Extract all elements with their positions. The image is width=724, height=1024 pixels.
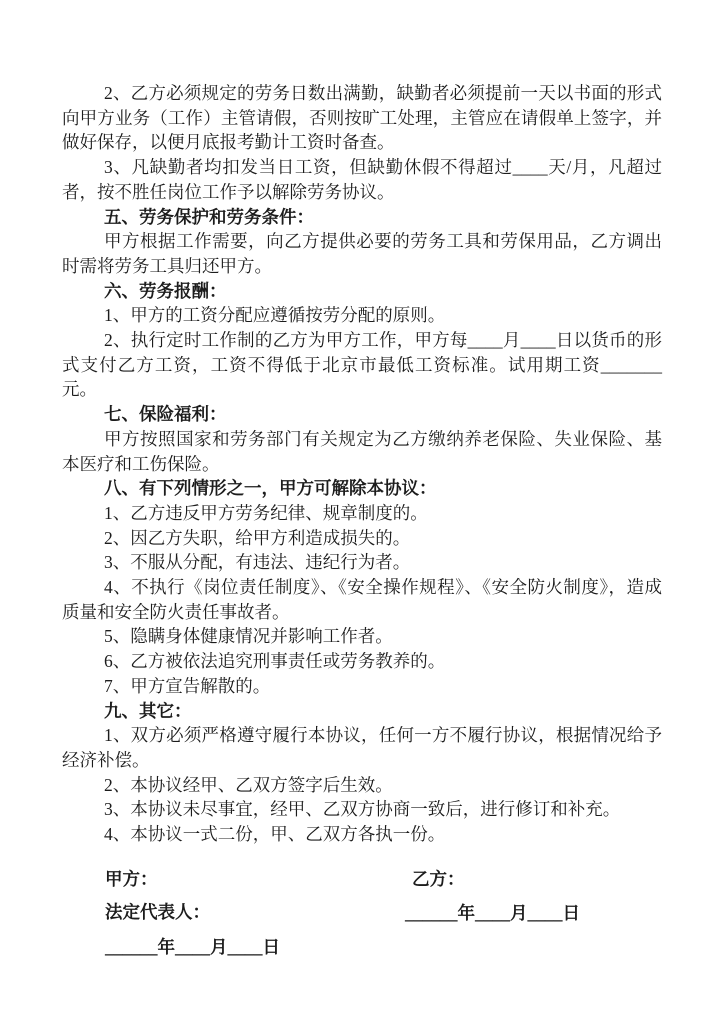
section-heading: 七、保险福利： xyxy=(62,402,662,427)
clause-paragraph: 1、双方必须严格遵守履行本协议，任何一方不履行协议，根据情况给予经济补偿。 xyxy=(62,723,662,772)
clause-paragraph: 1、甲方的工资分配应遵循按劳分配的原则。 xyxy=(62,303,662,328)
clause-paragraph: 2、因乙方失职，给甲方利造成损失的。 xyxy=(62,526,662,551)
clause-paragraph: 3、凡缺勤者均扣发当日工资，但缺勤休假不得超过____天/月，凡超过者，按不胜任… xyxy=(62,155,662,204)
clause-paragraph: 甲方根据工作需要，向乙方提供必要的劳务工具和劳保用品，乙方调出时需将劳务工具归还… xyxy=(62,229,662,278)
clause-paragraph: 甲方按照国家和劳务部门有关规定为乙方缴纳养老保险、失业保险、基本医疗和工伤保险。 xyxy=(62,427,662,476)
clause-paragraph: 4、本协议一式二份，甲、乙双方各执一份。 xyxy=(62,822,662,847)
contract-document-page: 2、乙方必须规定的劳务日数出满勤，缺勤者必须提前一天以书面的形式向甲方业务（工作… xyxy=(0,0,724,1024)
clause-paragraph: 4、不执行《岗位责任制度》、《安全操作规程》、《安全防火制度》，造成质量和安全防… xyxy=(62,575,662,624)
clause-paragraph: 3、不服从分配，有违法、违纪行为者。 xyxy=(62,550,662,575)
clause-paragraph: 1、乙方违反甲方劳务纪律、规章制度的。 xyxy=(62,501,662,526)
clause-paragraph: 5、隐瞒身体健康情况并影响工作者。 xyxy=(62,624,662,649)
contract-body: 2、乙方必须规定的劳务日数出满勤，缺勤者必须提前一天以书面的形式向甲方业务（工作… xyxy=(62,81,662,987)
signature-block: 甲方： 乙方： 法定代表人： ______年____月____日 ______年… xyxy=(62,867,662,987)
party-b-label: 乙方： xyxy=(412,867,465,892)
clause-paragraph: 2、乙方必须规定的劳务日数出满勤，缺勤者必须提前一天以书面的形式向甲方业务（工作… xyxy=(62,81,662,155)
clause-paragraph: 7、甲方宣告解散的。 xyxy=(62,674,662,699)
clause-paragraph: 6、乙方被依法追究刑事责任或劳务教养的。 xyxy=(62,649,662,674)
party-b-date-blank: ______年____月____日 xyxy=(405,901,580,926)
section-heading: 九、其它： xyxy=(62,699,662,724)
clause-paragraph: 3、本协议未尽事宜，经甲、乙双方协商一致后，进行修订和补充。 xyxy=(62,797,662,822)
legal-rep-label: 法定代表人： xyxy=(105,900,210,925)
party-a-date-blank: ______年____月____日 xyxy=(105,935,280,960)
party-a-label: 甲方： xyxy=(105,867,158,892)
clause-paragraph: 2、本协议经甲、乙双方签字后生效。 xyxy=(62,773,662,798)
section-heading: 五、劳务保护和劳务条件： xyxy=(62,205,662,230)
section-heading: 八、有下列情形之一，甲方可解除本协议： xyxy=(62,476,662,501)
section-heading: 六、劳务报酬： xyxy=(62,279,662,304)
clause-paragraph: 2、执行定时工作制的乙方为甲方工作，甲方每____月____日以货币的形式支付乙… xyxy=(62,328,662,402)
